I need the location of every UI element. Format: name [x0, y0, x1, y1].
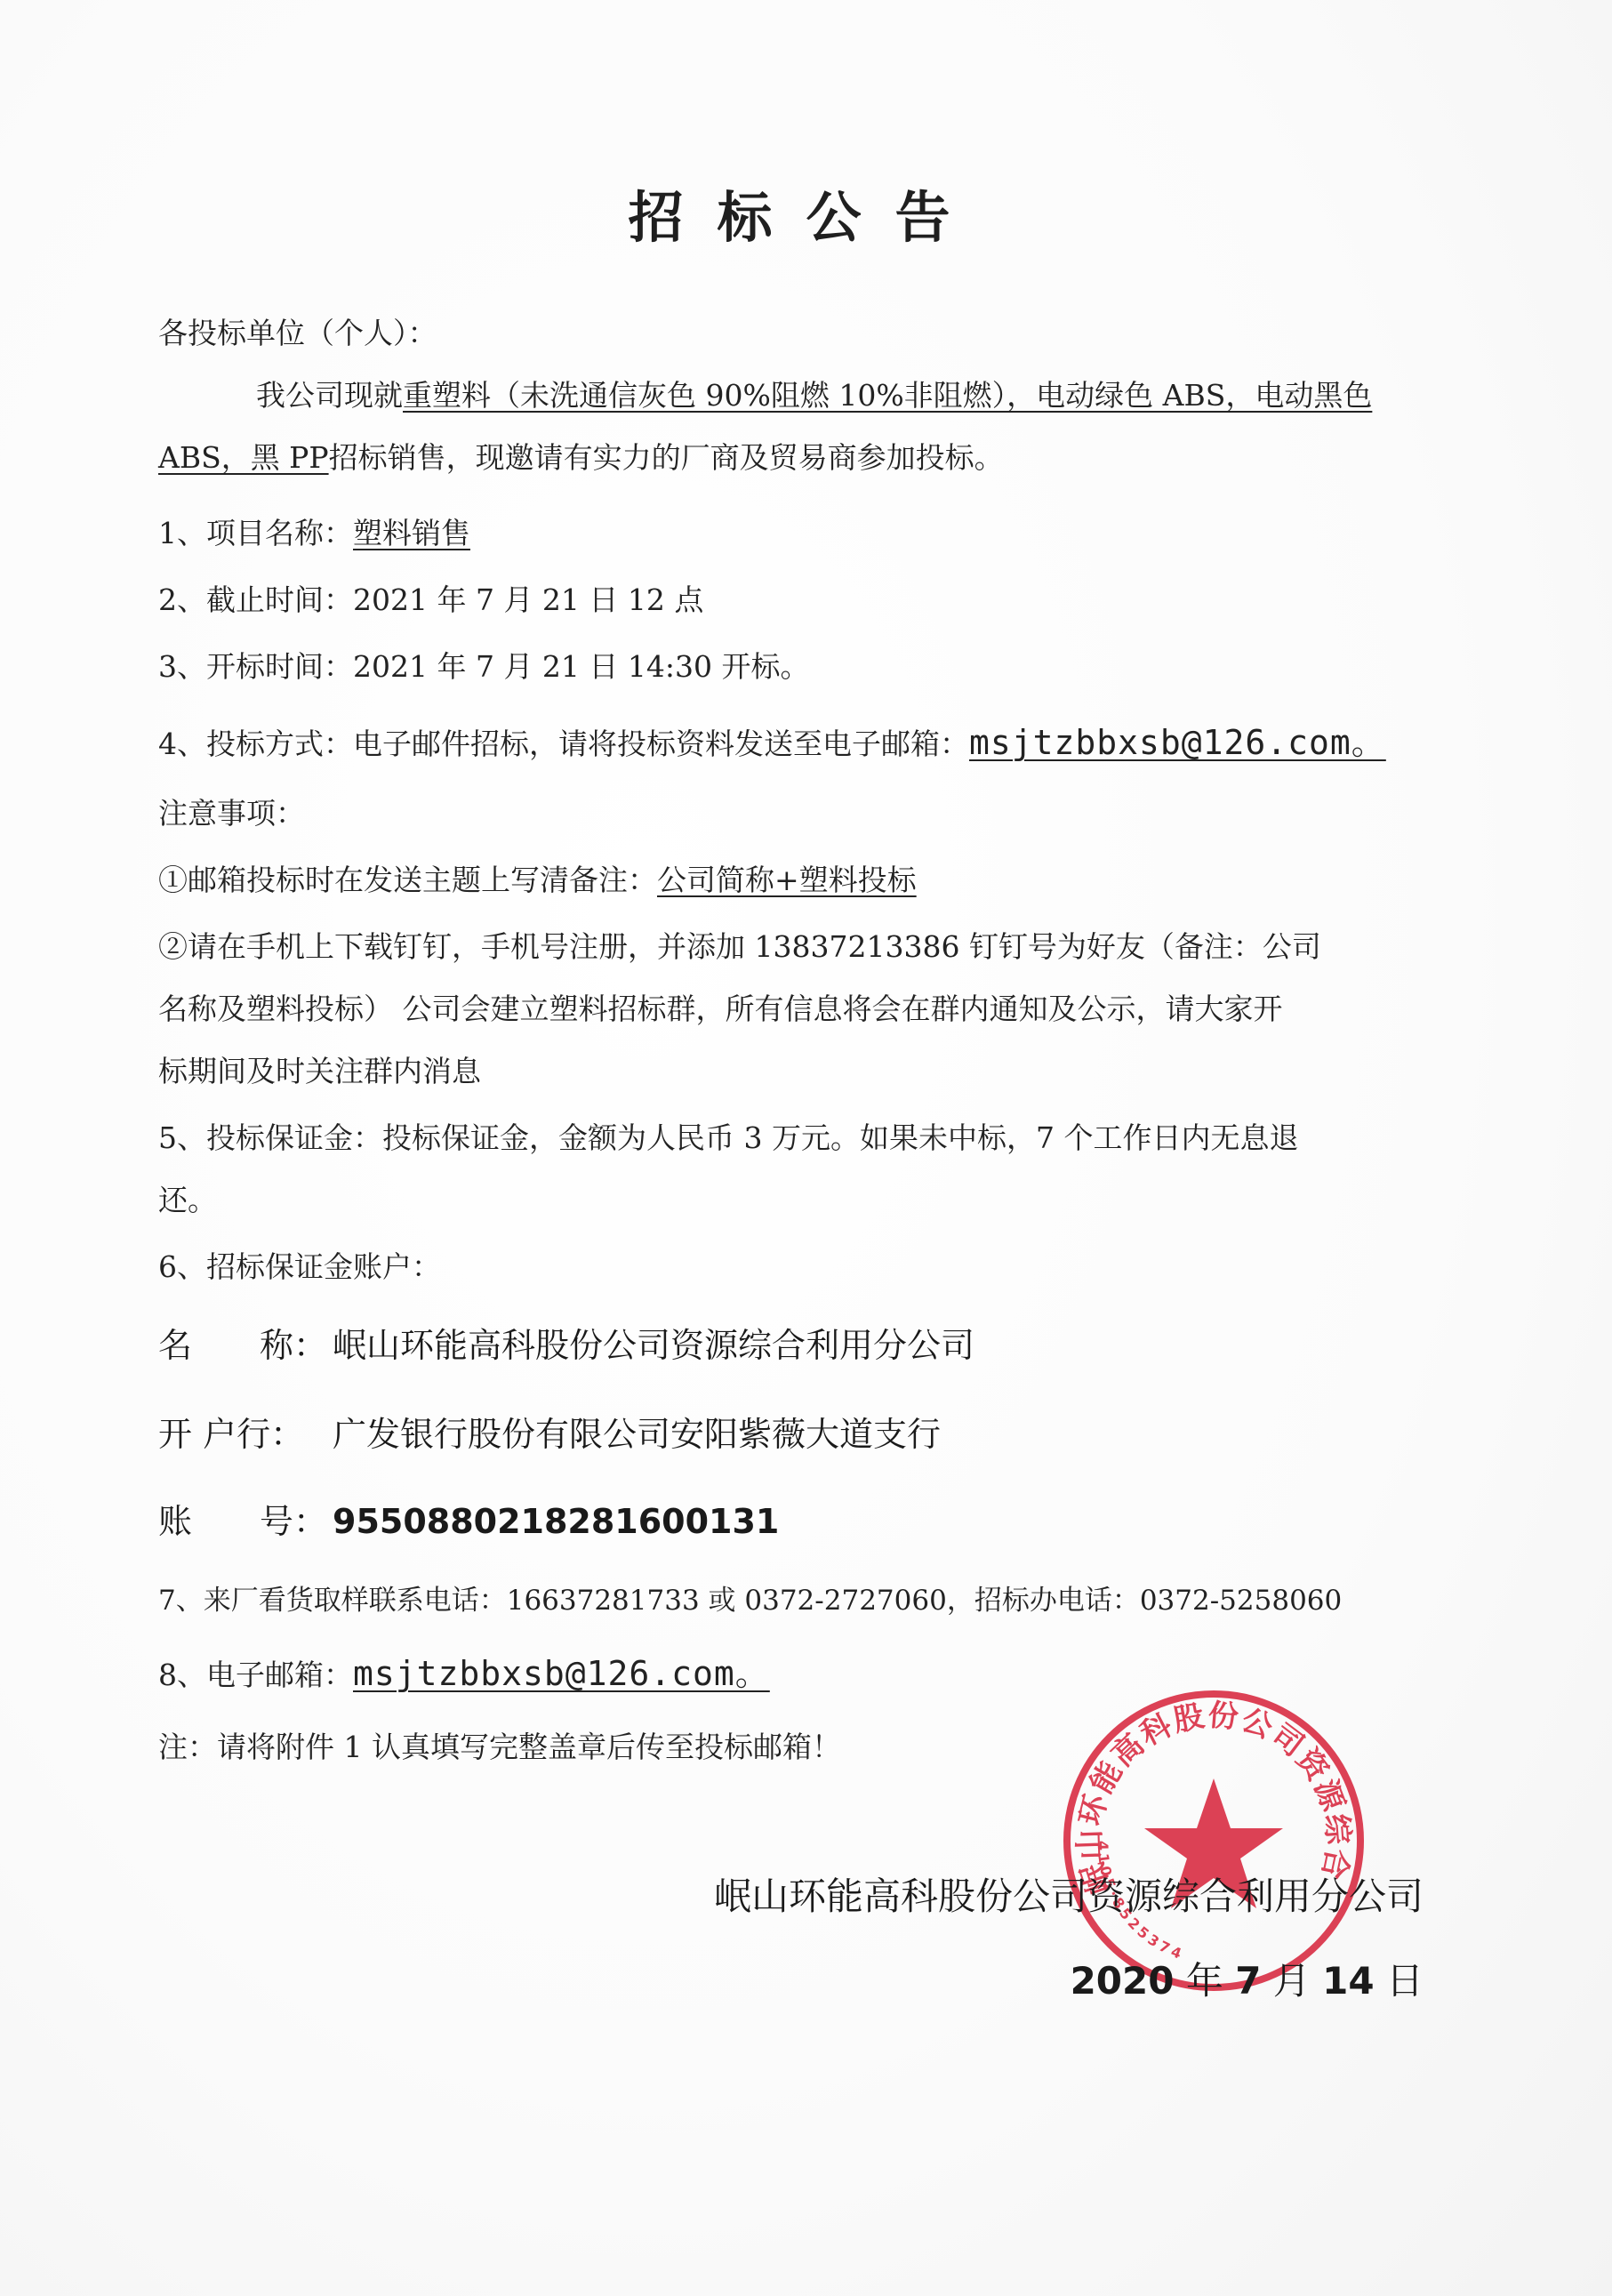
tender-items: 重塑料（未洗通信灰色 90%阻燃 10%非阻燃），电动绿色 ABS，电动黑色 — [403, 378, 1372, 413]
signature-date: 2020 年 7 月 14 日 — [1071, 1952, 1424, 2005]
page-title: 招标公告 — [0, 173, 1612, 253]
intro-line-1: 我公司现就重塑料（未洗通信灰色 90%阻燃 10%非阻燃），电动绿色 ABS，电… — [256, 378, 1372, 413]
note-2-line-3: 标期间及时关注群内消息 — [158, 1054, 481, 1089]
signature-company: 岷山环能高科股份公司资源综合利用分公司 — [714, 1867, 1424, 1921]
opening-time: 3、开标时间：2021 年 7 月 21 日 14:30 开标。 — [158, 649, 810, 685]
note-2-line-1: ②请在手机上下载钉钉，手机号注册，并添加 13837213386 钉钉号为好友（… — [158, 929, 1321, 965]
deadline: 2、截止时间：2021 年 7 月 21 日 12 点 — [158, 582, 703, 618]
email-line: 8、电子邮箱：msjtzbbxsb@126.com。 — [158, 1656, 770, 1693]
note-1: ①邮箱投标时在发送主题上写清备注：公司简称+塑料投标 — [158, 863, 917, 898]
account-bank: 开 户行：广发银行股份有限公司安阳紫薇大道支行 — [158, 1414, 941, 1455]
account-number: 账 号：9550880218281600131 — [158, 1501, 779, 1542]
contact-phones: 7、来厂看货取样联系电话：16637281733 或 0372-2727060，… — [158, 1583, 1342, 1618]
deposit-line-1: 5、投标保证金：投标保证金，金额为人民币 3 万元。如果未中标，7 个工作日内无… — [158, 1120, 1298, 1156]
note-2-line-2: 名称及塑料投标） 公司会建立塑料招标群，所有信息将会在群内通知及公示，请大家开 — [158, 991, 1283, 1027]
document-page: 招标公告 各投标单位（个人）： 我公司现就重塑料（未洗通信灰色 90%阻燃 10… — [0, 0, 1612, 2296]
salutation: 各投标单位（个人）： — [158, 316, 437, 351]
account-heading: 6、招标保证金账户： — [158, 1249, 441, 1285]
deposit-line-2: 还。 — [158, 1183, 217, 1218]
tender-items-cont: ABS，黑 PP — [158, 440, 329, 475]
email-link[interactable]: msjtzbbxsb@126.com。 — [353, 1654, 770, 1693]
email-link[interactable]: msjtzbbxsb@126.com。 — [969, 723, 1386, 762]
footnote: 注：请将附件 1 认真填写完整盖章后传至投标邮箱！ — [158, 1730, 841, 1765]
bid-method: 4、投标方式：电子邮件招标，请将投标资料发送至电子邮箱：msjtzbbxsb@1… — [158, 725, 1386, 762]
account-name: 名 称：岷山环能高科股份公司资源综合利用分公司 — [158, 1325, 974, 1366]
intro-line-2: ABS，黑 PP招标销售，现邀请有实力的厂商及贸易商参加投标。 — [158, 440, 1004, 476]
notes-heading: 注意事项： — [158, 796, 305, 831]
project-name: 1、项目名称：塑料销售 — [158, 516, 470, 551]
